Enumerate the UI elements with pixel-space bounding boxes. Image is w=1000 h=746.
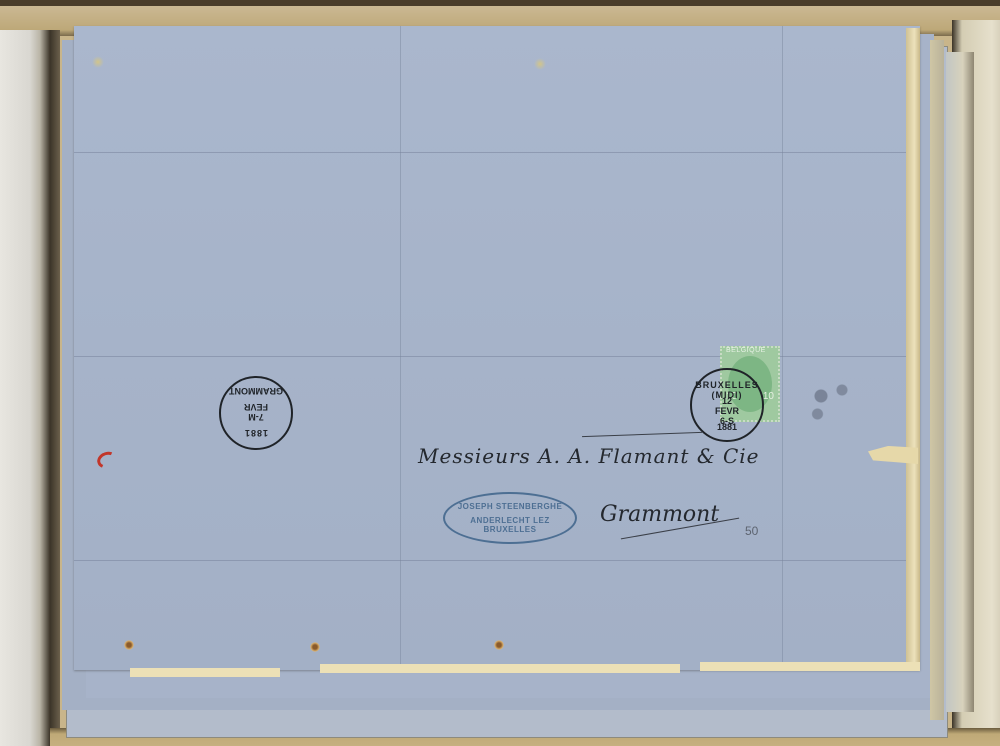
tape-strip	[320, 664, 680, 673]
pin-hole	[310, 642, 320, 652]
postmark-time: 7-M	[248, 412, 264, 422]
ink-smudge	[800, 372, 870, 432]
postmark-town: GRAMMONT	[221, 386, 291, 396]
postmark-year: 1881	[221, 428, 291, 438]
fold-line	[400, 26, 401, 670]
pin-hole	[494, 640, 504, 650]
postmark-year: 1881	[692, 422, 762, 432]
stamp-country: BELGIQUE	[726, 347, 766, 354]
stack-edge	[946, 52, 974, 712]
sender-cachet: JOSEPH STEENBERGHE ANDERLECHT LEZ BRUXEL…	[443, 492, 577, 544]
postmark-day: 12	[722, 396, 732, 406]
fold-line	[74, 560, 920, 561]
box-left-wall	[0, 30, 60, 746]
stamp-value-right: 10	[763, 391, 774, 402]
foxing-spot	[92, 56, 104, 68]
postmark-month: FEVR	[244, 402, 268, 412]
archive-box: BELGIQUE 10 10 BRUXELLES (MIDI) 12 FEVR …	[0, 0, 1000, 746]
pencil-note: 50	[745, 524, 758, 538]
cachet-name: JOSEPH STEENBERGHE	[445, 502, 575, 511]
grammont-postmark: 1881 7-M FEVR GRAMMONT	[219, 376, 293, 450]
pin-hole	[124, 640, 134, 650]
fold-line	[782, 26, 783, 670]
stack-edge	[930, 40, 944, 720]
postmark-month: FEVR	[715, 406, 739, 416]
bruxelles-postmark: BRUXELLES (MIDI) 12 FEVR 6-S 1881	[690, 368, 764, 442]
fold-line	[74, 356, 920, 357]
letter-tape-edge	[906, 28, 920, 666]
cachet-place: ANDERLECHT LEZ BRUXELLES	[445, 516, 575, 534]
top-letter-cover	[74, 26, 920, 670]
address-recipient: Messieurs A. A. Flamant & Cie	[418, 444, 760, 468]
foxing-spot	[534, 58, 546, 70]
tape-strip	[130, 668, 280, 677]
fold-line	[74, 152, 920, 153]
postmark-date: 7-M FEVR	[221, 402, 291, 422]
tape-strip	[700, 662, 920, 671]
